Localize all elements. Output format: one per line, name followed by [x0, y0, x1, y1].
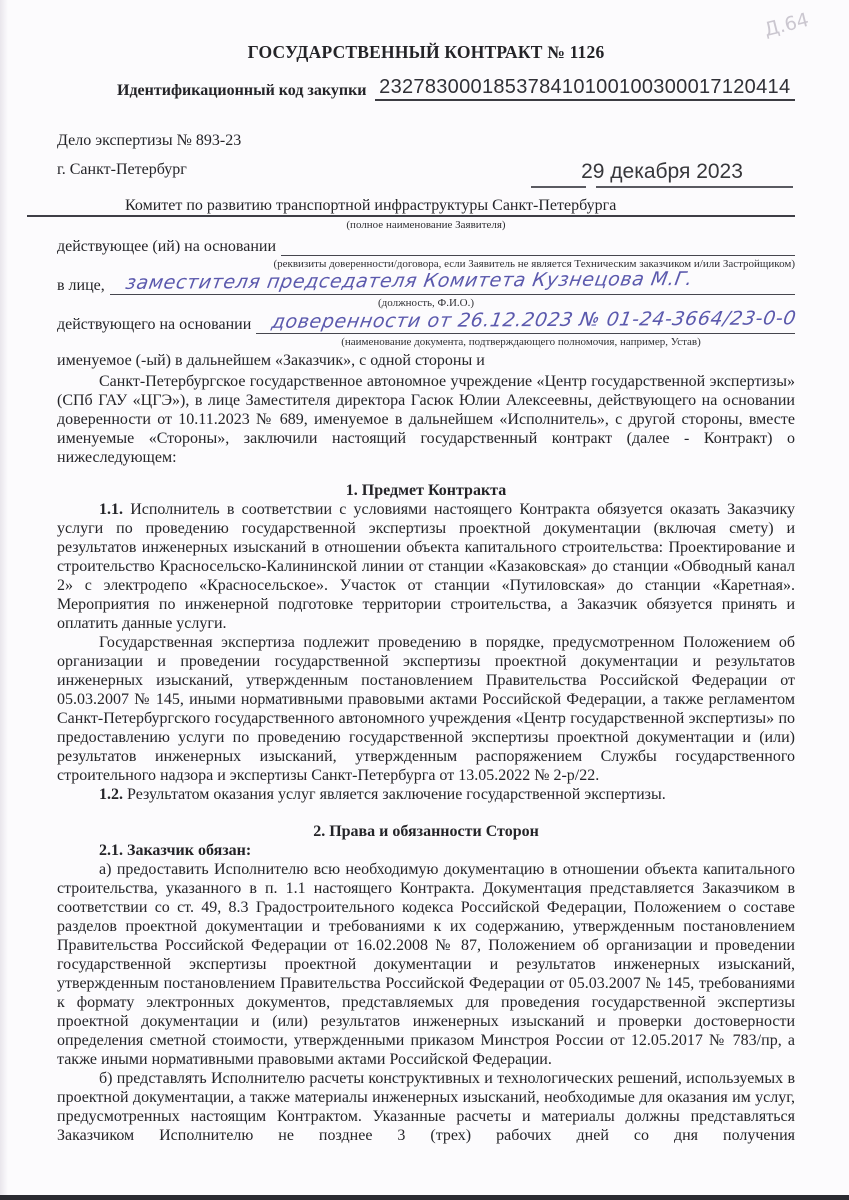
date-underline-short: [531, 186, 586, 188]
scan-edge-bottom-artifact: [0, 1195, 849, 1200]
authority-label: действующего на основании: [57, 315, 251, 334]
acting-basis-row: действующее (ий) на основании: [57, 236, 795, 256]
date-underline-long: [596, 186, 793, 188]
named-hereafter-line: именуемое (-ый) в дальнейшем «Заказчик»,…: [57, 351, 795, 370]
clause-2-1-item-b: б) представлять Исполнителю расчеты конс…: [57, 1069, 795, 1145]
clause-1-2-number: 1.2.: [99, 786, 123, 803]
person-label: в лице,: [57, 276, 105, 295]
document-title: ГОСУДАРСТВЕННЫЙ КОНТРАКТ № 1126: [57, 42, 795, 62]
authority-row: действующего на основании доверенности о…: [57, 312, 795, 334]
purchase-code-value: 232783000185378410100100300017120414: [375, 76, 795, 101]
clause-1-1-number: 1.1.: [99, 501, 123, 518]
clause-expertise-procedure: Государственная экспертиза подлежит пров…: [57, 633, 795, 785]
clause-2-1-item-a: а) предоставить Исполнителю всю необходи…: [57, 860, 795, 1069]
authority-handwriting: доверенности от 26.12.2023 № 01-24-3664/…: [256, 308, 798, 333]
date-stamp: 29 декабря 2023: [581, 160, 743, 183]
city-label: г. Санкт-Петербург: [57, 160, 187, 179]
document-content: ГОСУДАРСТВЕННЫЙ КОНТРАКТ № 1126 Идентифи…: [0, 0, 849, 1145]
clause-1-1: 1.1. Исполнитель в соответствии с услови…: [57, 500, 795, 633]
person-row: в лице, заместителя председателя Комитет…: [57, 273, 795, 295]
clause-2-1-heading: 2.1. Заказчик обязан:: [57, 841, 795, 860]
date-underlines: [531, 186, 793, 188]
clause-1-1-text: Исполнитель в соответствии с условиями н…: [57, 501, 795, 632]
claimant-name: Комитет по развитию транспортной инфраст…: [27, 196, 795, 217]
purchase-code-row: Идентификационный код закупки 2327830001…: [117, 76, 795, 101]
person-underline: заместителя председателя Комитета Кузнец…: [110, 273, 795, 295]
authority-caption: (наименование документа, подтверждающего…: [247, 336, 795, 349]
city-date-row: г. Санкт-Петербург 29 декабря 2023: [57, 160, 795, 188]
acting-basis-label: действующее (ий) на основании: [57, 237, 276, 256]
clause-1-2-text: Результатом оказания услуг является закл…: [127, 786, 666, 803]
acting-basis-underline: [281, 236, 795, 256]
clause-1-2: 1.2. Результатом оказания услуг является…: [57, 785, 795, 804]
contract-document-page: Д.64 ГОСУДАРСТВЕННЫЙ КОНТРАКТ № 1126 Иде…: [0, 0, 849, 1200]
intro-paragraph: Санкт-Петербургское государственное авто…: [57, 372, 795, 467]
claimant-caption: (полное наименование Заявителя): [57, 219, 795, 232]
case-number: Дело экспертизы № 893-23: [57, 131, 795, 150]
authority-underline: доверенности от 26.12.2023 № 01-24-3664/…: [256, 312, 795, 334]
purchase-code-label: Идентификационный код закупки: [117, 81, 367, 101]
section-2-heading: 2. Права и обязанности Сторон: [57, 822, 795, 841]
person-handwriting: заместителя председателя Комитета Кузнец…: [110, 269, 694, 294]
section-1-heading: 1. Предмет Контракта: [57, 481, 795, 500]
date-stamp-block: 29 декабря 2023: [531, 160, 793, 188]
